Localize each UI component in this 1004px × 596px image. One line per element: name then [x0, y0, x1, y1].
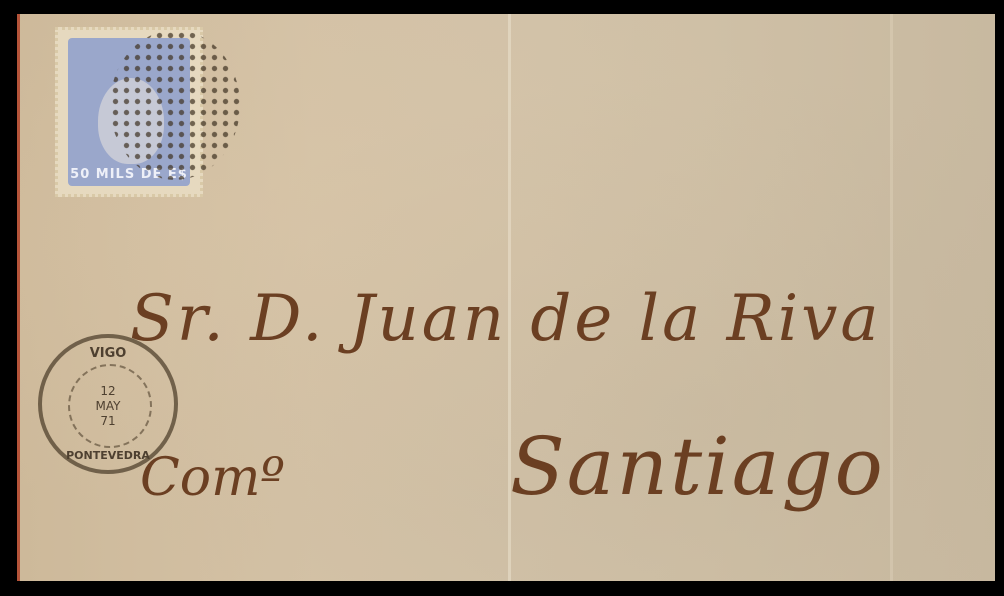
postmark-day: 12: [42, 384, 174, 399]
address-line-title: Comº: [140, 448, 285, 508]
address-line-city: Santiago: [510, 420, 885, 513]
postmark-month: MAY: [42, 399, 174, 414]
dot-cancellation: [110, 30, 240, 180]
postmark-year: 71: [42, 414, 174, 429]
fold-line: [890, 14, 893, 581]
postmark-date: 12 MAY 71: [42, 384, 174, 429]
address-line-recipient: Sr. D. Juan de la Riva: [130, 282, 882, 356]
